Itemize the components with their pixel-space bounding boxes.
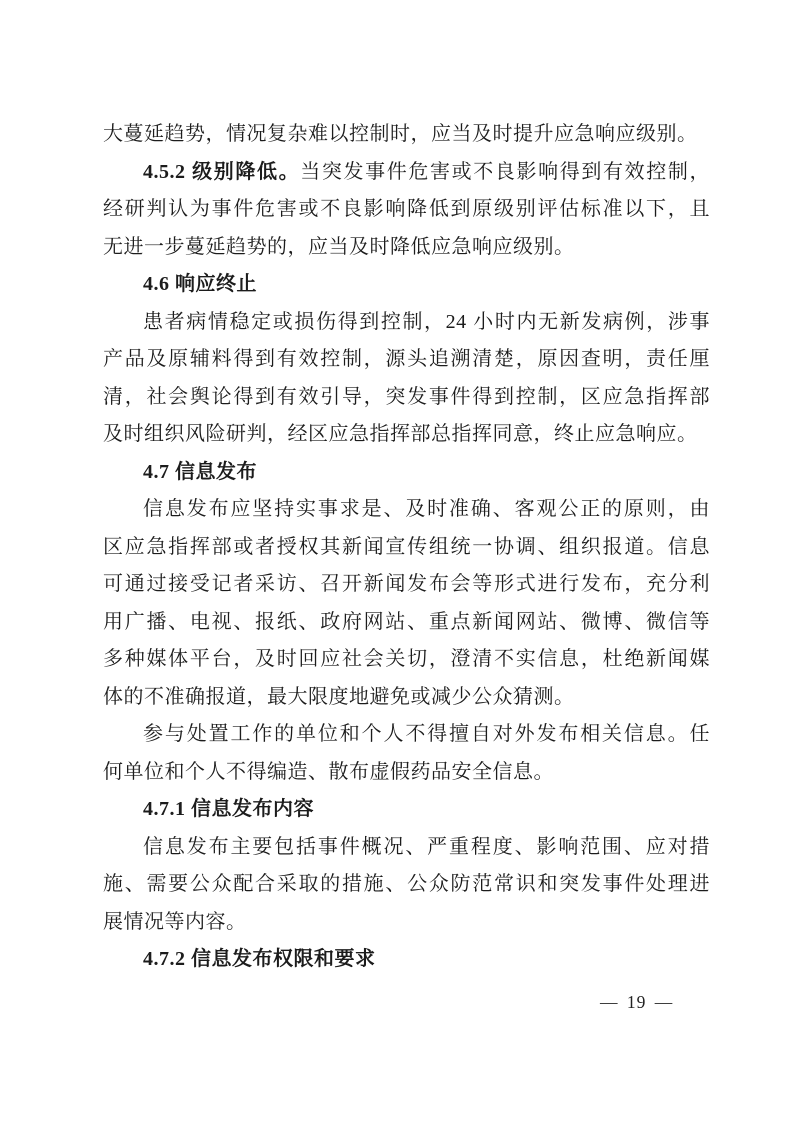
body-line: 经研判认为事件危害或不良影响降低到原级别评估标准以下，且: [103, 191, 710, 229]
text-segment: 经研判认为事件危害或不良影响降低到原级别评估标准以下，且: [103, 198, 710, 220]
body-line: 参与处置工作的单位和个人不得擅自对外发布相关信息。任: [103, 716, 710, 754]
text-segment: 展情况等内容。: [103, 911, 247, 933]
bold-text-segment: 4.7.2 信息发布权限和要求: [143, 948, 376, 970]
body-line: 可通过接受记者采访、召开新闻发布会等形式进行发布，充分利: [103, 566, 710, 604]
text-segment: 大蔓延趋势，情况复杂难以控制时，应当及时提升应急响应级别。: [103, 123, 698, 145]
body-line: 用广播、电视、报纸、政府网站、重点新闻网站、微博、微信等: [103, 604, 710, 642]
text-segment: 患者病情稳定或损伤得到控制，24 小时内无新发病例，涉事: [143, 311, 710, 333]
text-segment: 用广播、电视、报纸、政府网站、重点新闻网站、微博、微信等: [103, 611, 710, 633]
body-line: 无进一步蔓延趋势的，应当及时降低应急响应级别。: [103, 229, 710, 267]
body-line: 产品及原辅料得到有效控制，源头追溯清楚，原因查明，责任厘: [103, 341, 710, 379]
page-number: — 19 —: [600, 991, 673, 1013]
body-line: 4.5.2 级别降低。当突发事件危害或不良影响得到有效控制，: [103, 154, 710, 192]
text-segment: 施、需要公众配合采取的措施、公众防范常识和突发事件处理进: [103, 873, 710, 895]
body-line: 何单位和个人不得编造、散布虚假药品安全信息。: [103, 754, 710, 792]
body-line: 及时组织风险研判，经区应急指挥部总指挥同意，终止应急响应。: [103, 416, 710, 454]
heading-line: 4.7 信息发布: [103, 454, 710, 492]
body-line: 信息发布应坚持实事求是、及时准确、客观公正的原则，由: [103, 491, 710, 529]
bold-text-segment: 4.7.1 信息发布内容: [143, 798, 314, 820]
text-segment: 区应急指挥部或者授权其新闻宣传组统一协调、组织报道。信息: [103, 536, 710, 558]
bold-text-segment: 4.5.2 级别降低。: [143, 161, 300, 183]
text-segment: 当突发事件危害或不良影响得到有效控制，: [300, 161, 710, 183]
body-line: 清，社会舆论得到有效引导，突发事件得到控制，区应急指挥部: [103, 379, 710, 417]
body-line: 多种媒体平台，及时回应社会关切，澄清不实信息，杜绝新闻媒: [103, 641, 710, 679]
body-line: 大蔓延趋势，情况复杂难以控制时，应当及时提升应急响应级别。: [103, 116, 710, 154]
text-segment: 信息发布应坚持实事求是、及时准确、客观公正的原则，由: [143, 498, 710, 520]
bold-text-segment: 4.6 响应终止: [143, 273, 257, 295]
body-line: 患者病情稳定或损伤得到控制，24 小时内无新发病例，涉事: [103, 304, 710, 342]
body-line: 体的不准确报道，最大限度地避免或减少公众猜测。: [103, 679, 710, 717]
text-block: 大蔓延趋势，情况复杂难以控制时，应当及时提升应急响应级别。4.5.2 级别降低。…: [103, 116, 710, 979]
text-segment: 参与处置工作的单位和个人不得擅自对外发布相关信息。任: [143, 723, 710, 745]
text-segment: 体的不准确报道，最大限度地避免或减少公众猜测。: [103, 686, 575, 708]
body-line: 区应急指挥部或者授权其新闻宣传组统一协调、组织报道。信息: [103, 529, 710, 567]
heading-line: 4.7.1 信息发布内容: [103, 791, 710, 829]
text-segment: 信息发布主要包括事件概况、严重程度、影响范围、应对措: [143, 836, 710, 858]
heading-line: 4.6 响应终止: [103, 266, 710, 304]
text-segment: 多种媒体平台，及时回应社会关切，澄清不实信息，杜绝新闻媒: [103, 648, 710, 670]
text-segment: 可通过接受记者采访、召开新闻发布会等形式进行发布，充分利: [103, 573, 710, 595]
body-line: 信息发布主要包括事件概况、严重程度、影响范围、应对措: [103, 829, 710, 867]
text-segment: 何单位和个人不得编造、散布虚假药品安全信息。: [103, 761, 554, 783]
bold-text-segment: 4.7 信息发布: [143, 461, 257, 483]
text-segment: 无进一步蔓延趋势的，应当及时降低应急响应级别。: [103, 236, 575, 258]
text-segment: 清，社会舆论得到有效引导，突发事件得到控制，区应急指挥部: [103, 386, 710, 408]
document-page: 大蔓延趋势，情况复杂难以控制时，应当及时提升应急响应级别。4.5.2 级别降低。…: [0, 0, 793, 1122]
body-line: 施、需要公众配合采取的措施、公众防范常识和突发事件处理进: [103, 866, 710, 904]
text-segment: 产品及原辅料得到有效控制，源头追溯清楚，原因查明，责任厘: [103, 348, 710, 370]
heading-line: 4.7.2 信息发布权限和要求: [103, 941, 710, 979]
text-segment: 及时组织风险研判，经区应急指挥部总指挥同意，终止应急响应。: [103, 423, 698, 445]
body-line: 展情况等内容。: [103, 904, 710, 942]
